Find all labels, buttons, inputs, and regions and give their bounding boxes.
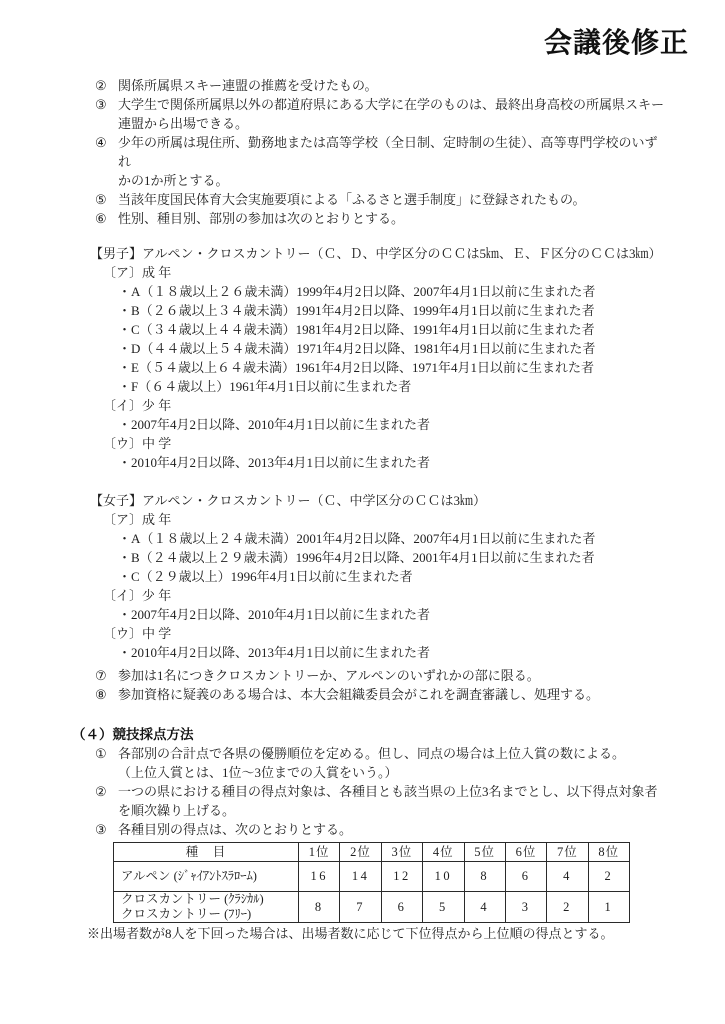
eligibility-item: ⑧ 参加資格に疑義のある場合は、本大会組織委員会がこれを調査審議し、処理する。 — [90, 685, 664, 704]
eligibility-item: ⑤ 当該年度国民体育大会実施要項による「ふるさと選手制度」に登録されたもの。 — [90, 190, 664, 209]
table-row-cross-country: クロスカントリー (ｸﾗｼｶﾙ) クロスカントリー (ﾌﾘｰ) 8 7 6 5 … — [114, 892, 630, 923]
event-name-cell: クロスカントリー (ｸﾗｼｶﾙ) クロスカントリー (ﾌﾘｰ) — [114, 892, 299, 923]
score-cell: 5 — [423, 892, 464, 923]
women-section-heading: 【女子】アルペン・クロスカントリー（Ｃ、中学区分のＣＣは3㎞） — [90, 491, 664, 510]
table-header-cell: 3位 — [381, 843, 422, 862]
item-text: かの1か所とする。 — [118, 171, 664, 190]
age-group-label-youth: 〔イ〕少 年 — [90, 396, 664, 415]
age-class-row: ・2010年4月2日以降、2013年4月1日以前に生まれた者 — [90, 453, 664, 472]
age-group-label-youth: 〔イ〕少 年 — [90, 586, 664, 605]
score-cell: 7 — [340, 892, 381, 923]
table-header-cell: 1位 — [299, 843, 340, 862]
score-cell: 12 — [381, 862, 422, 892]
table-note: ※出場者数が8人を下回った場合は、出場者数に応じて下位得点から上位順の得点とする… — [87, 924, 664, 943]
scoring-section-heading: （４）競技採点方法 — [72, 725, 664, 744]
age-class-row: ・B（２６歳以上３４歳未満）1991年4月2日以降、1999年4月1日以前に生ま… — [90, 301, 664, 320]
revision-stamp: 会議後修正 — [544, 21, 689, 61]
eligibility-item: ⑥ 性別、種目別、部別の参加は次のとおりとする。 — [90, 209, 664, 228]
item-text: 関係所属県スキー連盟の推薦を受けたもの。 — [118, 76, 664, 95]
age-class-row: ・A（１８歳以上２６歳未満）1999年4月2日以降、2007年4月1日以前に生ま… — [90, 282, 664, 301]
item-text: 各種目別の得点は、次のとおりとする。 — [118, 820, 664, 839]
table-header-cell: 5位 — [464, 843, 505, 862]
table-header-cell: 4位 — [423, 843, 464, 862]
eligibility-item: ④ 少年の所属は現住所、勤務地または高等学校（全日制、定時制の生徒）、高等専門学… — [90, 133, 664, 190]
item-number: ⑦ — [90, 666, 118, 685]
item-number: ② — [90, 782, 118, 820]
item-number: ③ — [90, 820, 118, 839]
score-cell: 4 — [464, 892, 505, 923]
event-name-cell: アルペン (ｼﾞｬｲｱﾝﾄｽﾗﾛｰﾑ) — [114, 862, 299, 892]
age-class-row: ・F（６４歳以上）1961年4月1日以前に生まれた者 — [90, 377, 664, 396]
item-text: を順次繰り上げる。 — [118, 801, 664, 820]
eligibility-item: ⑦ 参加は1名につきクロスカントリーか、アルペンのいずれかの部に限る。 — [90, 666, 664, 685]
score-cell: 2 — [547, 892, 588, 923]
score-cell: 8 — [299, 892, 340, 923]
age-class-row: ・C（３４歳以上４４歳未満）1981年4月2日以降、1991年4月1日以前に生ま… — [90, 320, 664, 339]
table-header-cell: 7位 — [547, 843, 588, 862]
age-group-label-adult: 〔ア〕成 年 — [90, 263, 664, 282]
age-class-row: ・C（２９歳以上）1996年4月1日以前に生まれた者 — [90, 567, 664, 586]
age-class-row: ・2010年4月2日以降、2013年4月1日以前に生まれた者 — [90, 643, 664, 662]
age-class-row: ・2007年4月2日以降、2010年4月1日以前に生まれた者 — [90, 605, 664, 624]
item-number: ① — [90, 744, 118, 782]
item-text: 性別、種目別、部別の参加は次のとおりとする。 — [118, 209, 664, 228]
age-group-label-adult: 〔ア〕成 年 — [90, 510, 664, 529]
score-cell: 2 — [588, 862, 629, 892]
score-cell: 6 — [381, 892, 422, 923]
eligibility-item: ③ 大学生で関係所属県以外の都道府県にある大学に在学のものは、最終出身高校の所属… — [90, 95, 664, 133]
item-text: 連盟から出場できる。 — [118, 114, 664, 133]
item-text: 参加は1名につきクロスカントリーか、アルペンのいずれかの部に限る。 — [118, 666, 664, 685]
score-cell: 1 — [588, 892, 629, 923]
score-cell: 14 — [340, 862, 381, 892]
table-header-cell: 2位 — [340, 843, 381, 862]
age-class-row: ・B（２４歳以上２９歳未満）1996年4月2日以降、2001年4月1日以前に生ま… — [90, 548, 664, 567]
item-text: 少年の所属は現住所、勤務地または高等学校（全日制、定時制の生徒）、高等専門学校の… — [118, 133, 664, 171]
age-class-row: ・A（１８歳以上２４歳未満）2001年4月2日以降、2007年4月1日以前に生ま… — [90, 529, 664, 548]
scoring-item: ③ 各種目別の得点は、次のとおりとする。 — [90, 820, 664, 839]
scoring-table: 種 目 1位 2位 3位 4位 5位 6位 7位 8位 アルペン (ｼﾞｬｲｱﾝ… — [113, 842, 630, 923]
scoring-item: ② 一つの県における種目の得点対象は、各種目とも該当県の上位3名までとし、以下得… — [90, 782, 664, 820]
item-number: ② — [90, 76, 118, 95]
item-text: （上位入賞とは、1位～3位までの入賞をいう。） — [118, 763, 664, 782]
eligibility-item: ② 関係所属県スキー連盟の推薦を受けたもの。 — [90, 76, 664, 95]
item-number: ④ — [90, 133, 118, 190]
table-header-cell: 8位 — [588, 843, 629, 862]
score-cell: 8 — [464, 862, 505, 892]
men-section-heading: 【男子】アルペン・クロスカントリー（Ｃ、Ｄ、中学区分のＣＣは5㎞、Ｅ、Ｆ区分のＣ… — [90, 244, 664, 263]
score-cell: 10 — [423, 862, 464, 892]
score-cell: 3 — [505, 892, 546, 923]
score-cell: 16 — [299, 862, 340, 892]
score-cell: 6 — [505, 862, 546, 892]
age-class-row: ・E（５４歳以上６４歳未満）1961年4月2日以降、1971年4月1日以前に生ま… — [90, 358, 664, 377]
item-text: 大学生で関係所属県以外の都道府県にある大学に在学のものは、最終出身高校の所属県ス… — [118, 95, 664, 114]
item-text: 当該年度国民体育大会実施要項による「ふるさと選手制度」に登録されたもの。 — [118, 190, 664, 209]
table-header-row: 種 目 1位 2位 3位 4位 5位 6位 7位 8位 — [114, 843, 630, 862]
item-text: 各部別の合計点で各県の優勝順位を定める。但し、同点の場合は上位入賞の数による。 — [118, 744, 664, 763]
age-group-label-junior: 〔ウ〕中 学 — [90, 434, 664, 453]
age-class-row: ・2007年4月2日以降、2010年4月1日以前に生まれた者 — [90, 415, 664, 434]
score-cell: 4 — [547, 862, 588, 892]
table-header-cell: 6位 — [505, 843, 546, 862]
item-text: 参加資格に疑義のある場合は、本大会組織委員会がこれを調査審議し、処理する。 — [118, 685, 664, 704]
item-number: ③ — [90, 95, 118, 133]
item-number: ⑤ — [90, 190, 118, 209]
item-number: ⑧ — [90, 685, 118, 704]
table-row-alpine: アルペン (ｼﾞｬｲｱﾝﾄｽﾗﾛｰﾑ) 16 14 12 10 8 6 4 2 — [114, 862, 630, 892]
scoring-item: ① 各部別の合計点で各県の優勝順位を定める。但し、同点の場合は上位入賞の数による… — [90, 744, 664, 782]
age-group-label-junior: 〔ウ〕中 学 — [90, 624, 664, 643]
document-page: 会議後修正 ② 関係所属県スキー連盟の推薦を受けたもの。 ③ 大学生で関係所属県… — [0, 0, 725, 1024]
item-text: 一つの県における種目の得点対象は、各種目とも該当県の上位3名までとし、以下得点対… — [118, 782, 664, 801]
document-body: ② 関係所属県スキー連盟の推薦を受けたもの。 ③ 大学生で関係所属県以外の都道府… — [90, 76, 664, 943]
table-header-cell: 種 目 — [114, 843, 299, 862]
item-number: ⑥ — [90, 209, 118, 228]
age-class-row: ・D（４４歳以上５４歳未満）1971年4月2日以降、1981年4月1日以前に生ま… — [90, 339, 664, 358]
